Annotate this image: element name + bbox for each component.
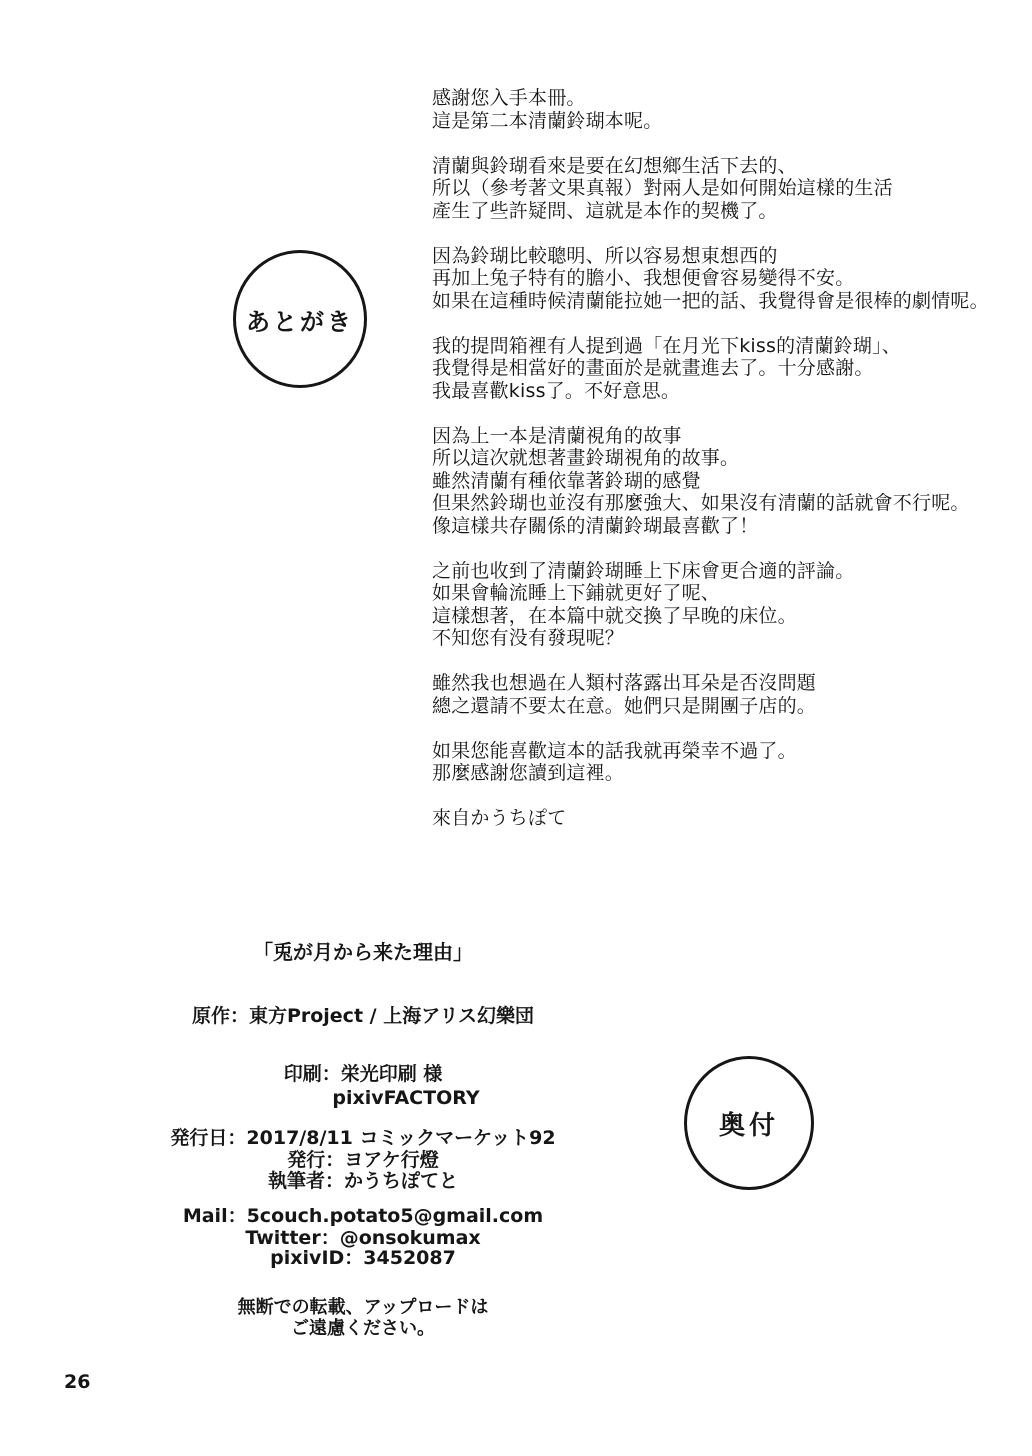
printer-credit-line2: pixivFACTORY: [133, 1087, 593, 1109]
doujin-title: 「兎が月から来た理由」: [133, 941, 593, 963]
colophon-badge-label: 奥付: [719, 1105, 779, 1142]
afterword-badge-label: あとがき: [246, 302, 354, 337]
contact-mail: Mail：5couch.potato5@gmail.com: [133, 1205, 593, 1227]
contact-twitter: Twitter：@onsokumax: [133, 1227, 593, 1249]
contact-pixiv-id: pixivID：3452087: [133, 1247, 593, 1269]
colophon-badge: 奥付: [684, 1056, 814, 1190]
publisher-credit: 発行：ヨアケ行燈: [133, 1149, 593, 1171]
printer-credit: 印刷：栄光印刷 様: [133, 1063, 593, 1085]
author-credit: 執筆者：かうちぽてと: [133, 1170, 593, 1192]
afterword-badge: あとがき: [233, 250, 367, 388]
afterword-text: 感謝您入手本冊。 這是第二本清蘭鈴瑚本呢。 清蘭與鈴瑚看來是要在幻想鄉生活下去的…: [432, 87, 1007, 830]
publish-date: 発行日：2017/8/11 コミックマーケット92: [133, 1127, 593, 1149]
doujinshi-afterword-page: 感謝您入手本冊。 這是第二本清蘭鈴瑚本呢。 清蘭與鈴瑚看來是要在幻想鄉生活下去的…: [0, 0, 1032, 1456]
original-work-credit: 原作：東方Project / 上海アリス幻樂団: [133, 1005, 593, 1027]
page-number: 26: [64, 1371, 90, 1393]
reproduction-notice-line1: 無断での転載、アップロードは: [133, 1297, 593, 1319]
reproduction-notice-line2: ご遠慮ください。: [133, 1318, 593, 1340]
